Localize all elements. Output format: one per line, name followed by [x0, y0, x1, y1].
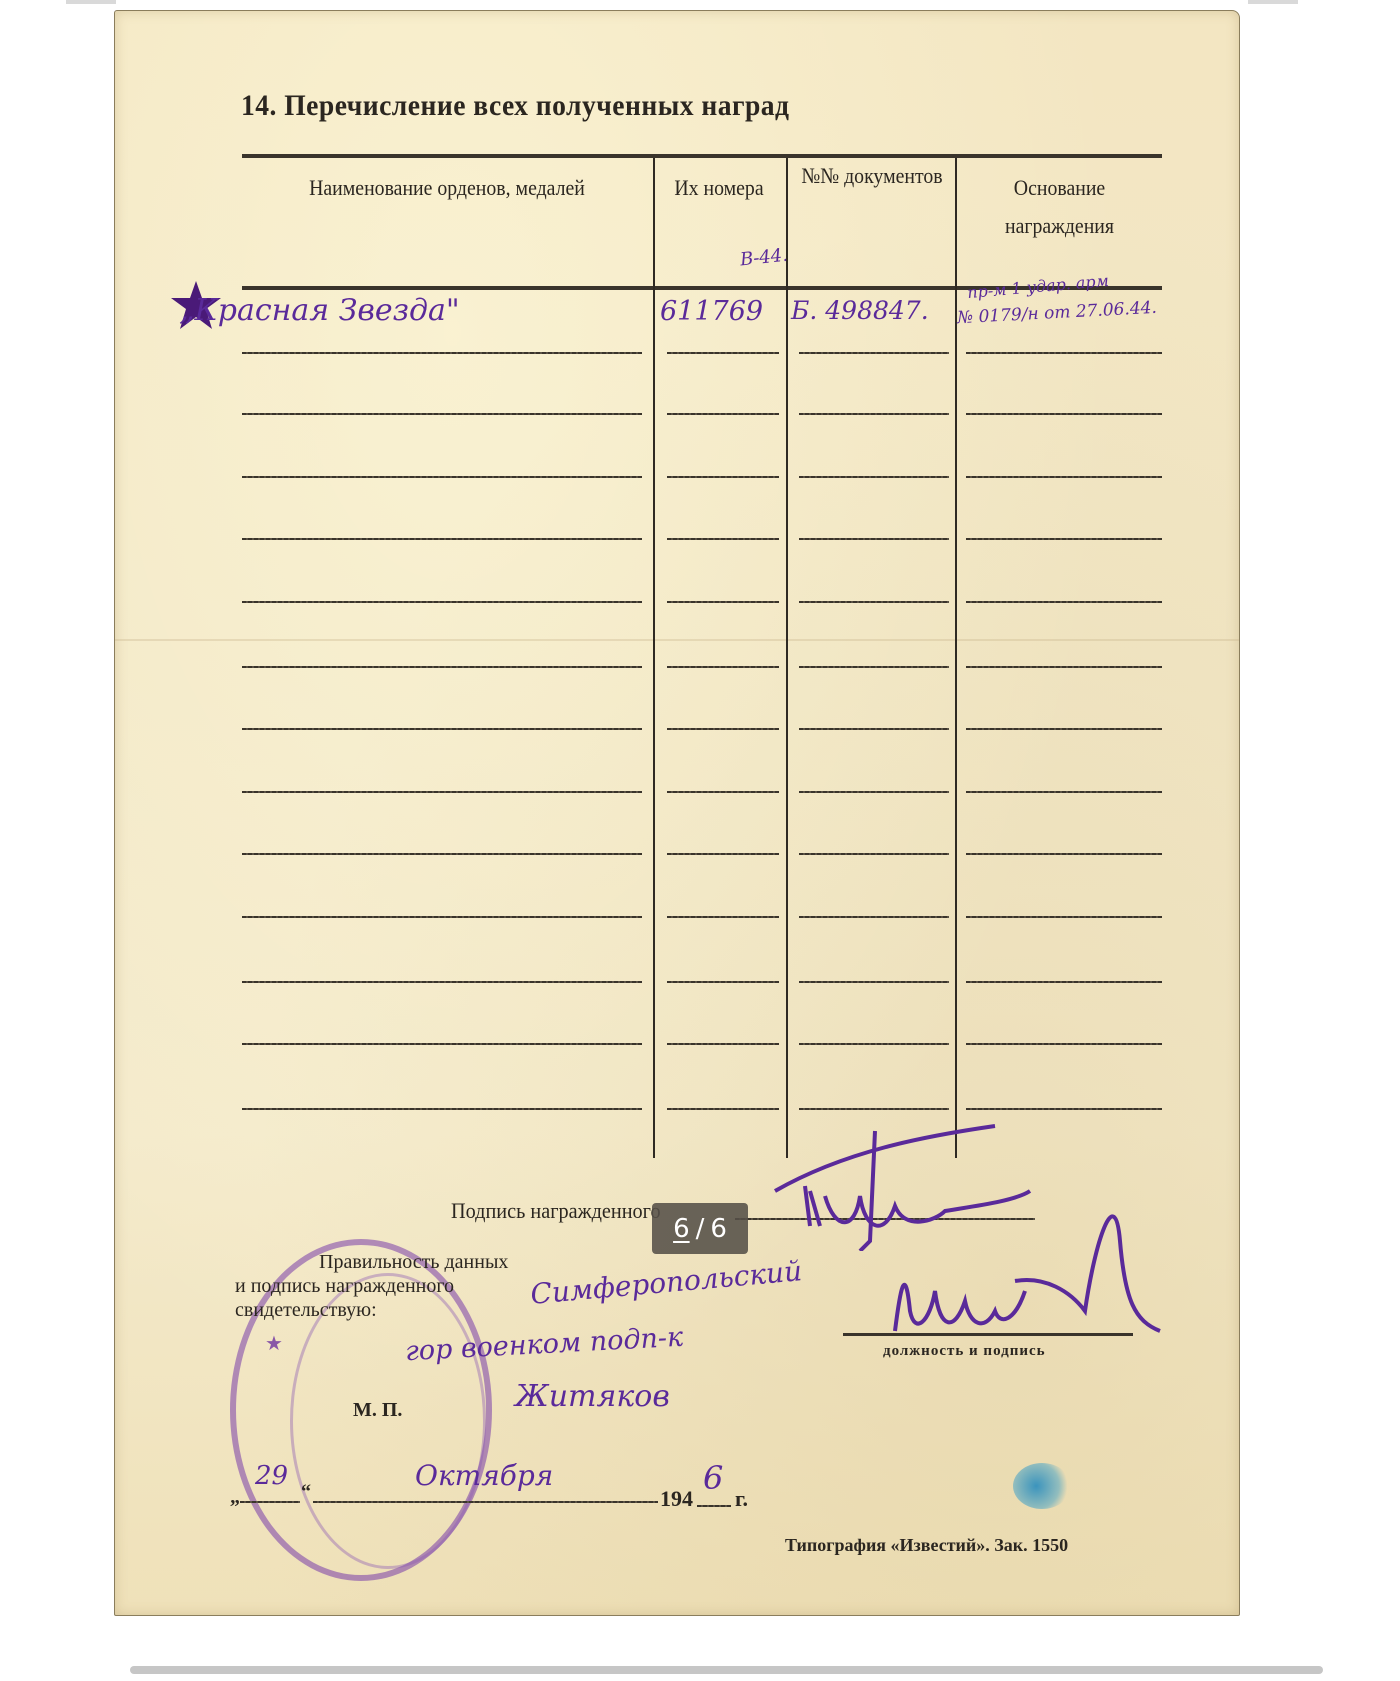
- table-top-rule: [242, 154, 1162, 158]
- award-number-cell: 611769: [660, 296, 763, 327]
- recipient-signature-label: Подпись награжденного: [451, 1198, 661, 1224]
- verification-line-2: и подпись награжденного: [235, 1275, 454, 1298]
- column-divider-1: [653, 158, 655, 1158]
- top-edge-tab-right: [1248, 0, 1298, 4]
- official-signature-line: [843, 1333, 1133, 1336]
- date-year-suffix: г.: [735, 1486, 748, 1512]
- header-document-numbers: №№ документов: [796, 161, 949, 191]
- date-day-line: [240, 1501, 300, 1503]
- document-number-cell: Б. 498847.: [791, 296, 929, 325]
- date-day: 29: [255, 1461, 288, 1491]
- date-year-prefix: 194: [660, 1486, 693, 1512]
- date-year-line: [697, 1505, 731, 1507]
- position-signature-caption: должность и подпись: [883, 1343, 1046, 1360]
- date-year-digit: 6: [703, 1459, 723, 1497]
- blue-ink-blot: [1013, 1463, 1071, 1509]
- horizontal-scrollbar[interactable]: [130, 1666, 1323, 1674]
- paper-fold-crease: [115, 639, 1239, 641]
- handwritten-city: Симферопольский: [529, 1254, 803, 1311]
- header-award-name: Наименование орденов, медалей: [263, 169, 632, 207]
- printer-footer: Типография «Известий». Зак. 1550: [785, 1535, 1068, 1556]
- column-divider-2: [786, 158, 788, 1158]
- page-current: 6: [673, 1214, 690, 1244]
- verification-line-1: Правильность данных: [319, 1251, 508, 1274]
- section-title: 14. Перечисление всех полученных наград: [241, 89, 789, 123]
- official-handwritten-signature: [875, 1181, 1185, 1346]
- date-close-quote: “: [301, 1481, 311, 1504]
- page-total: 6: [710, 1214, 727, 1244]
- header-handwritten-annotation: В-44.: [739, 245, 789, 271]
- top-edge-tab-left: [66, 0, 116, 4]
- basis-cell-line1: пр-м 1 удар. арм: [966, 271, 1109, 302]
- page-separator: /: [696, 1214, 705, 1244]
- header-basis: Основание награждения: [967, 169, 1152, 245]
- handwritten-name: Житяков: [515, 1379, 670, 1414]
- award-name-cell: „Красная Звезда": [179, 293, 649, 328]
- seal-label: М. П.: [353, 1399, 402, 1422]
- date-open-quote: „: [230, 1486, 240, 1509]
- verification-line-3: свидетельствую:: [235, 1299, 377, 1322]
- basis-cell-line2: № 0179/н от 27.06.44.: [957, 298, 1158, 328]
- page-indicator: 6 / 6: [652, 1203, 748, 1254]
- stamp-star-icon: ★: [265, 1331, 283, 1356]
- header-numbers: Их номера: [661, 169, 776, 207]
- date-month: Октября: [415, 1459, 553, 1492]
- date-month-line: [313, 1501, 658, 1503]
- document-page: 14. Перечисление всех полученных наград …: [114, 10, 1240, 1616]
